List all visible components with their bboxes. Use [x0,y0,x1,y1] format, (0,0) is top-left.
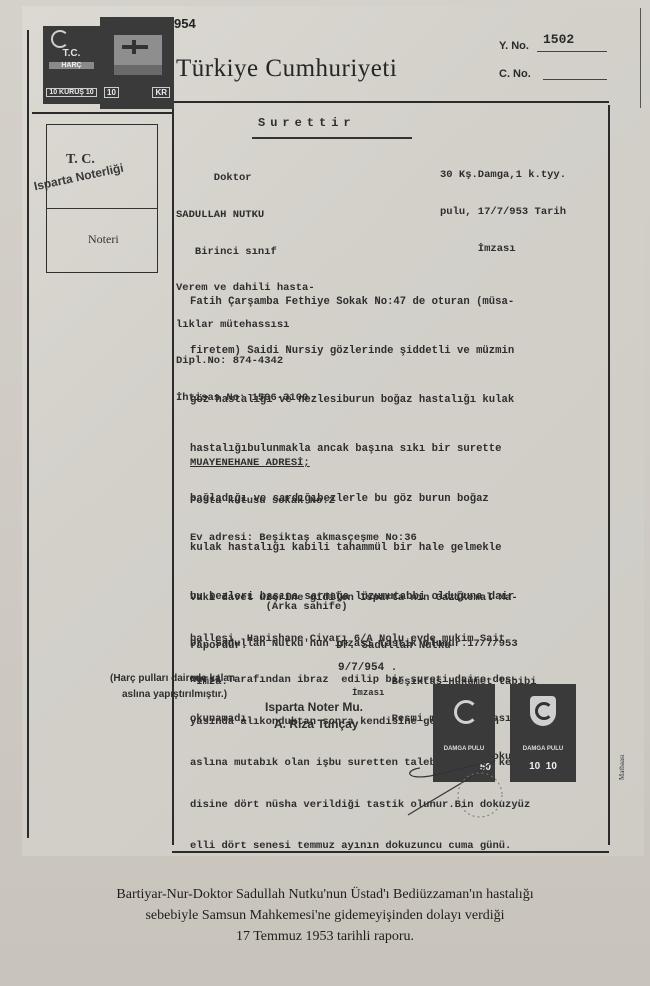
stamp-text: 10 [104,87,119,98]
signature-scribble [400,740,520,820]
crescent-star-icon [454,700,478,724]
inner-margin-line [172,105,174,845]
document-date: 9/7/954 . [338,662,397,674]
stamp-duty-note: 30 Kş.Damga,1 k.tyy. pulu, 17/7/953 Tari… [440,145,566,279]
stamp-text: T.C. [43,48,100,59]
document-heading: Surettir [258,116,356,130]
left-margin-line [27,30,29,838]
stamp-note-line: pulu, 17/7/953 Tarih [440,206,566,218]
c-no-label: C. No. [499,68,531,80]
stamp-note-line: İmzası [440,243,566,255]
crescent-icon [51,30,69,48]
notary-box-divider [47,208,157,209]
doctor-line: SADULLAH NUTKU [176,209,315,221]
caption-line: 17 Temmuz 1953 tarihli raporu. [0,926,650,947]
shield-crescent-icon [530,696,556,726]
y-no-label: Y. No. [499,40,529,52]
right-margin-line [608,105,610,845]
notary-line: elli dört senesi temmuz ayının dokuzuncu… [190,840,530,854]
caption-line: sebebiyle Samsun Mahkemesi'ne gidemeyişi… [0,905,650,926]
caption-line: Bartiyar-Nur-Doktor Sadullah Nutku'nun Ü… [0,884,650,905]
stamp-text: HARÇ [49,62,94,69]
year-mark: 954 [174,16,196,31]
top-right-border [640,8,641,108]
airplane-icon [114,35,162,75]
notary-line: hallesi Hapishane Civarı 6/A Nolu evde m… [190,633,530,647]
y-no-underline [537,51,607,52]
airplane-stamp: 10 KR [100,17,174,109]
c-no-underline [543,79,607,80]
address-line: Ev adresi: Beşiktaş akmasçeşme No:36 [190,532,549,545]
address-line: MUAYENEHANE ADRESİ; [190,457,549,470]
y-no-value: 1502 [543,32,574,47]
header-rule [172,101,609,103]
document-title: Türkiye Cumhuriyeti [176,55,397,83]
stamp-text: KR [152,87,170,98]
figure-caption: Bartiyar-Nur-Doktor Sadullah Nutku'nun Ü… [0,884,650,947]
printer-mark: Matbaası [618,754,626,780]
report-line: firetem) Saidi Nursiy gözlerinde şiddetl… [190,343,514,359]
notary-box [46,124,158,273]
book-page: T.C. HARÇ 10 KURUŞ 10 10 KR 954 Türkiye … [0,0,650,986]
notary-tc: T. C. [66,152,95,168]
report-line: göz hastalığı ve nezlesiburun boğaz hast… [190,392,514,408]
heading-underline [252,137,412,139]
notary-line: Vaki davet üzerine gidilen Isparta'nın G… [190,592,530,606]
stamp-text: 10 KURUŞ 10 [46,88,97,97]
report-line: Fatih Çarşamba Fethiye Sokak No:47 de ot… [190,294,514,310]
tc-harc-stamp: T.C. HARÇ 10 KURUŞ 10 [43,26,100,104]
notary-signature-title: Isparta Noter Mu. [265,700,363,714]
address-line: Posta kutusu sokak No:2 [190,495,549,508]
stamp-note-line: 30 Kş.Damga,1 k.tyy. [440,169,566,181]
notary-label: Noteri [88,232,119,247]
header-rule-left [32,112,172,114]
doctor-line: Birinci sınıf [176,246,315,258]
notary-signature-name: A. Rıza Tunçay [274,717,358,731]
fee-note-line-1: (Harç pulları dairede kalan [110,673,235,684]
fee-note-line-2: aslına yapıştırılmıştır.) [122,689,227,700]
doctor-line: Doktor [176,172,315,184]
